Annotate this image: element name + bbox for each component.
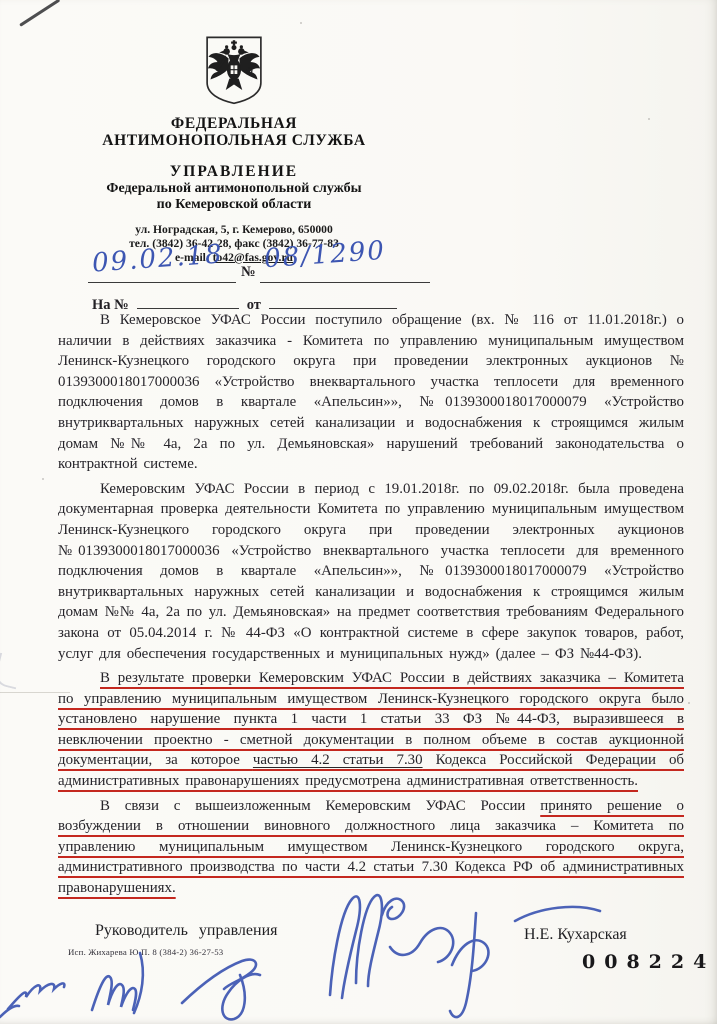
scanned-letter-page: ФЕДЕРАЛЬНАЯ АНТИМОНОПОЛЬНАЯ СЛУЖБА УПРАВ… xyxy=(0,0,717,1024)
office-subtitle-line1: Федеральной антимонопольной службы xyxy=(38,181,430,198)
number-sign: № xyxy=(241,264,256,281)
executor-note: Исп. Жихарева Ю.П. 8 (384-2) 36-27-53 xyxy=(68,947,223,957)
signer-name: Н.Е. Кухарская xyxy=(524,926,627,944)
margin-pen-mark xyxy=(0,653,24,690)
signature-secondary-icon xyxy=(182,960,256,1003)
scan-speck xyxy=(42,478,44,480)
paragraph-intro: В Кемеровское УФАС России поступило обра… xyxy=(58,310,684,475)
agency-name-line2: АНТИМОНОПОЛЬНАЯ СЛУЖБА xyxy=(38,132,430,149)
staple-mark xyxy=(19,0,60,27)
reply-date-blank xyxy=(269,295,397,309)
registration-stamp-number: 008224 xyxy=(582,951,715,973)
decision-text-plain: В связи с вышеизложенным Кемеровским УФА… xyxy=(100,798,540,814)
paragraph-violation: В результате проверки Кемеровским УФАС Р… xyxy=(58,668,684,792)
signature-main-icon xyxy=(330,896,360,998)
signer-title: Руководитель управления xyxy=(95,922,278,940)
violation-article-reference: частью 4.2 статьи 7.30 xyxy=(253,752,423,768)
corner-scribble-icon xyxy=(8,983,64,1009)
scan-speck xyxy=(300,22,302,24)
scan-speck xyxy=(648,118,650,120)
letterhead: ФЕДЕРАЛЬНАЯ АНТИМОНОПОЛЬНАЯ СЛУЖБА УПРАВ… xyxy=(38,34,430,265)
office-title: УПРАВЛЕНИЕ xyxy=(38,163,430,181)
paragraph-decision: В связи с вышеизложенным Кемеровским УФА… xyxy=(58,796,684,899)
letter-body: В Кемеровское УФАС России поступило обра… xyxy=(58,310,684,903)
agency-name-line1: ФЕДЕРАЛЬНАЯ xyxy=(38,115,430,132)
coat-of-arms-icon xyxy=(202,34,266,106)
scan-speck xyxy=(688,702,690,704)
paragraph-inspection: Кемеровским УФАС России в период с 19.01… xyxy=(58,479,684,664)
signature-initials-icon xyxy=(92,976,136,1010)
reply-number-blank xyxy=(137,295,239,309)
office-subtitle-line2: по Кемеровской области xyxy=(38,197,430,214)
address-line: ул. Ноградская, 5, г. Кемерово, 650000 xyxy=(38,223,430,237)
